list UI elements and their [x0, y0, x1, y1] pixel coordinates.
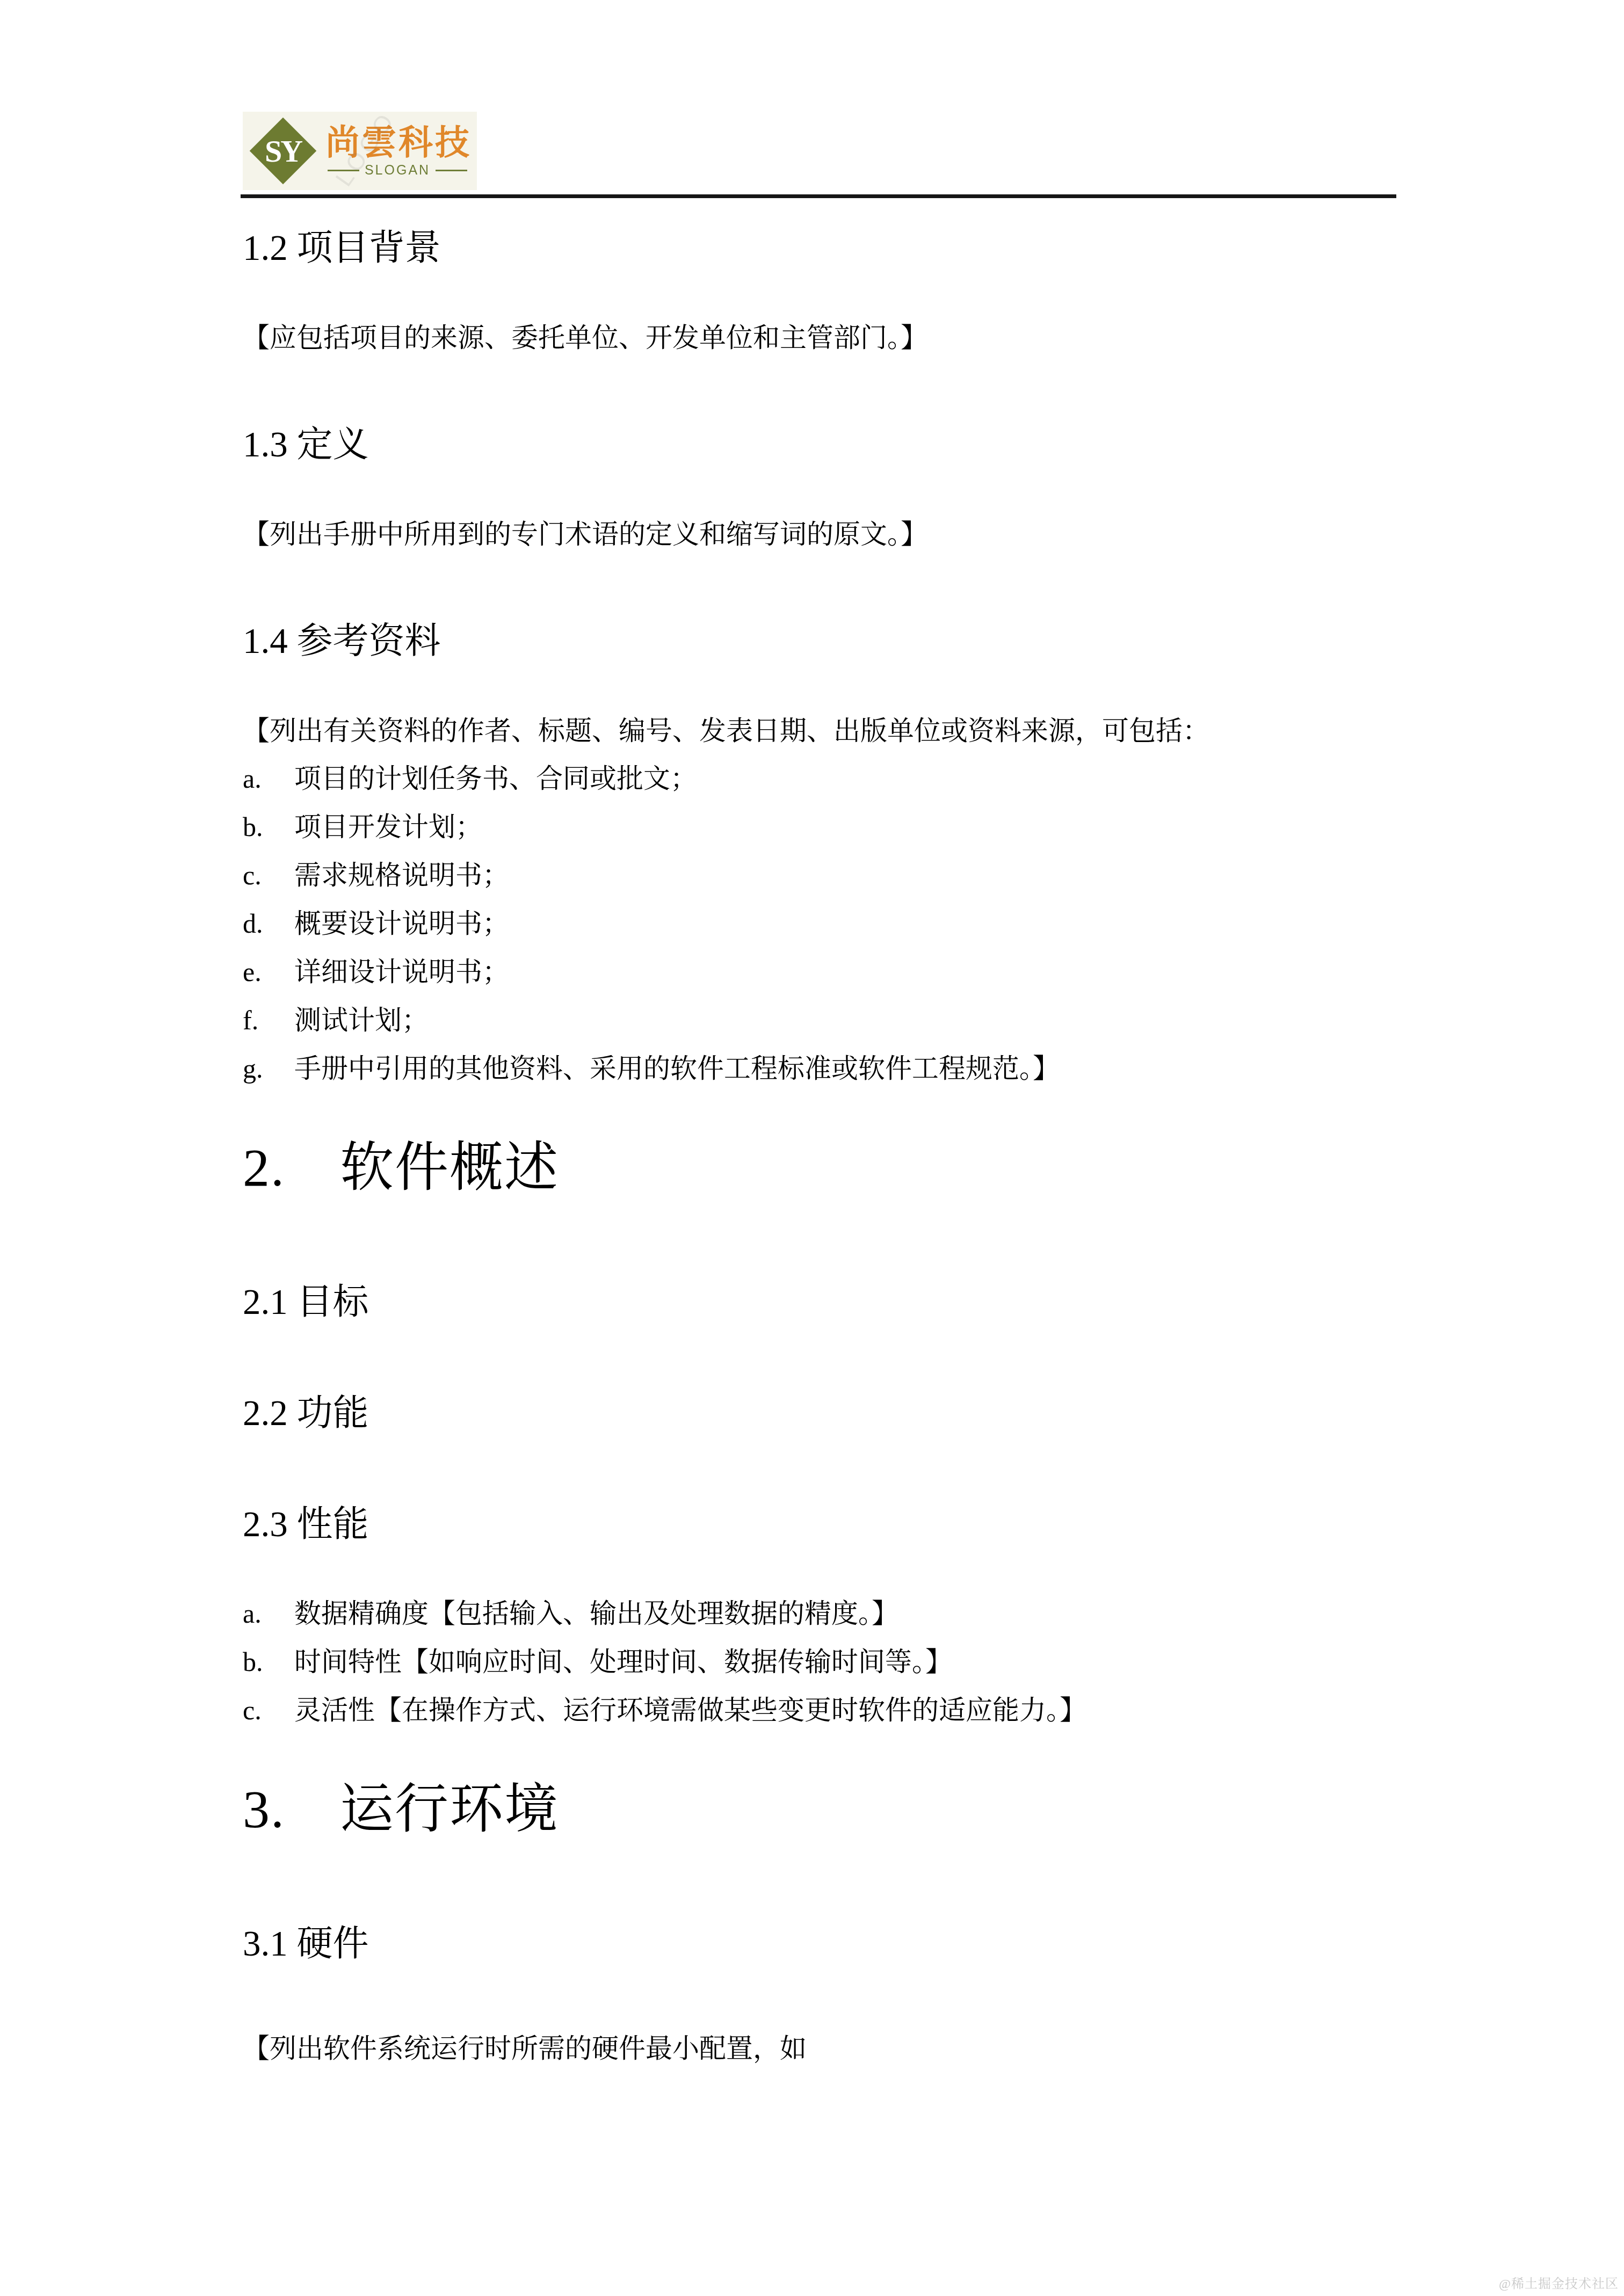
list-marker: a. — [243, 762, 294, 795]
logo-diamond-icon: SY — [250, 118, 316, 184]
list-item: c. 灵活性【在操作方式、运行环境需做某些变更时软件的适应能力。】 — [243, 1694, 1398, 1727]
heading-2-1-goals: 2.1 目标 — [243, 1282, 1398, 1323]
list-marker: e. — [243, 956, 294, 989]
list-item-text: 测试计划； — [294, 1004, 1398, 1037]
list-item: b. 时间特性【如响应时间、处理时间、数据传输时间等。】 — [243, 1646, 1398, 1679]
list-marker: a. — [243, 1597, 294, 1630]
heading-2-2-functions: 2.2 功能 — [243, 1393, 1398, 1434]
site-watermark: @稀土掘金技术社区 — [1499, 2273, 1619, 2292]
list-item-text: 时间特性【如响应时间、处理时间、数据传输时间等。】 — [294, 1646, 1398, 1679]
list-item-text: 项目开发计划； — [294, 811, 1398, 844]
list-marker: b. — [243, 1646, 294, 1679]
list-marker: f. — [243, 1004, 294, 1037]
header-rule — [241, 194, 1396, 198]
para-hardware: 【列出软件系统运行时所需的硬件最小配置，如 — [243, 2032, 1398, 2065]
list-marker: b. — [243, 811, 294, 844]
para-definitions: 【列出手册中所用到的专门术语的定义和缩写词的原文。】 — [243, 518, 1398, 551]
heading-2-software-overview: 2. 软件概述 — [243, 1134, 1398, 1202]
list-item-text: 手册中引用的其他资料、采用的软件工程标准或软件工程规范。】 — [294, 1052, 1398, 1085]
document-page: LOGO SY 尚雲科技 SLOGAN 1.2 项目背景 【应包括项目的来源、委… — [0, 0, 1624, 2296]
list-marker: c. — [243, 859, 294, 892]
heading-3-1-hardware: 3.1 硬件 — [243, 1923, 1398, 1965]
list-marker: g. — [243, 1052, 294, 1085]
company-logo: LOGO SY 尚雲科技 SLOGAN — [243, 112, 477, 190]
list-item: e. 详细设计说明书； — [243, 956, 1398, 989]
list-item-text: 灵活性【在操作方式、运行环境需做某些变更时软件的适应能力。】 — [294, 1694, 1398, 1727]
list-item-text: 项目的计划任务书、合同或批文； — [294, 762, 1398, 795]
para-references-intro: 【列出有关资料的作者、标题、编号、发表日期、出版单位或资料来源，可包括： — [243, 714, 1398, 747]
list-marker: c. — [243, 1694, 294, 1727]
list-item-text: 详细设计说明书； — [294, 956, 1398, 989]
list-item-text: 需求规格说明书； — [294, 859, 1398, 892]
heading-1-2-project-background: 1.2 项目背景 — [243, 228, 1398, 269]
list-item: a. 数据精确度【包括输入、输出及处理数据的精度。】 — [243, 1597, 1398, 1630]
heading-1-4-references: 1.4 参考资料 — [243, 621, 1398, 662]
para-project-background: 【应包括项目的来源、委托单位、开发单位和主管部门。】 — [243, 321, 1398, 354]
list-item: a. 项目的计划任务书、合同或批文； — [243, 762, 1398, 795]
slogan-rule-left — [328, 170, 359, 171]
list-item: f. 测试计划； — [243, 1004, 1398, 1037]
list-item: d. 概要设计说明书； — [243, 907, 1398, 940]
list-item-text: 概要设计说明书； — [294, 907, 1398, 940]
performance-list: a. 数据精确度【包括输入、输出及处理数据的精度。】 b. 时间特性【如响应时间… — [243, 1597, 1398, 1727]
list-marker: d. — [243, 907, 294, 940]
slogan-text: SLOGAN — [365, 164, 430, 177]
slogan-rule-right — [436, 170, 467, 171]
references-list: a. 项目的计划任务书、合同或批文； b. 项目开发计划； c. 需求规格说明书… — [243, 762, 1398, 1085]
logo-text-block: 尚雲科技 SLOGAN — [325, 125, 469, 177]
heading-2-3-performance: 2.3 性能 — [243, 1504, 1398, 1545]
list-item: g. 手册中引用的其他资料、采用的软件工程标准或软件工程规范。】 — [243, 1052, 1398, 1085]
heading-1-3-definitions: 1.3 定义 — [243, 424, 1398, 466]
list-item: c. 需求规格说明书； — [243, 859, 1398, 892]
logo-slogan: SLOGAN — [325, 164, 469, 177]
company-name: 尚雲科技 — [325, 125, 469, 161]
list-item-text: 数据精确度【包括输入、输出及处理数据的精度。】 — [294, 1597, 1398, 1630]
document-body: 1.2 项目背景 【应包括项目的来源、委托单位、开发单位和主管部门。】 1.3 … — [0, 0, 1624, 2065]
logo-monogram: SY — [250, 118, 316, 184]
list-item: b. 项目开发计划； — [243, 811, 1398, 844]
heading-3-runtime-environment: 3. 运行环境 — [243, 1775, 1398, 1844]
